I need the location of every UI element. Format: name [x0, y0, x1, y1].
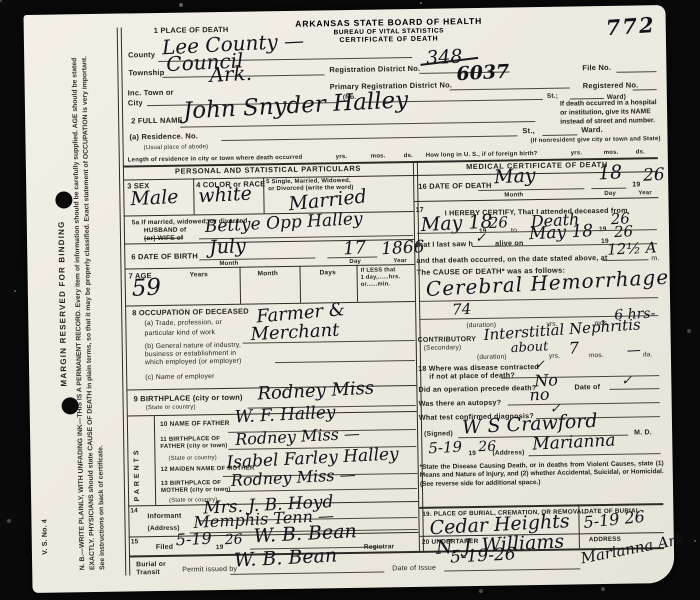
- date-of-check: ✓: [621, 374, 633, 388]
- autopsy-value: no: [529, 387, 550, 404]
- contributory-about: about: [510, 340, 548, 355]
- parents-divider: [154, 415, 156, 505]
- contributory-value: Interstitial Nephritis: [483, 317, 641, 343]
- town-label-2: City: [128, 99, 143, 108]
- father-bp-value: Rodney Miss —: [235, 426, 360, 448]
- father-state-note: (State or country): [168, 455, 216, 462]
- date-of-issue-value: 5-19-26: [450, 546, 516, 566]
- husband-label: HUSBAND of: [144, 227, 187, 235]
- us-ds: ds.: [636, 149, 645, 156]
- date-of-line: [609, 388, 659, 390]
- filed-year: 26: [224, 532, 243, 547]
- md-label: M. D.: [634, 429, 652, 437]
- filed-label: Filed: [156, 544, 173, 552]
- length-ds: ds.: [404, 153, 413, 160]
- file-no-line: [616, 71, 656, 73]
- age-month-label: Month: [258, 270, 279, 278]
- burial-or-label: Burial or: [136, 561, 166, 569]
- dod-day-line: [591, 188, 626, 190]
- filed-no: 15: [131, 538, 139, 546]
- punch-hole-bottom: [62, 397, 79, 414]
- occupation-c: (c) Name of employer: [145, 373, 214, 382]
- primary-district-line: [450, 88, 570, 91]
- filed-date: 5-19: [175, 531, 212, 549]
- birthplace-value: Rodney Miss: [257, 380, 374, 404]
- contrib-mos-value: 7: [568, 340, 579, 356]
- township-label: Township: [128, 69, 164, 78]
- death-time-value: 12½ A: [607, 240, 657, 257]
- sex-color-divider: [193, 178, 195, 214]
- signed-address-value: Marianna: [532, 432, 616, 453]
- punch-hole-top: [55, 191, 72, 208]
- primary-district-value: 6037: [456, 63, 510, 85]
- length-mos: mos.: [371, 153, 386, 160]
- age-less-2: 1 day,......hrs.: [361, 274, 401, 281]
- residence-ward-label: Ward.: [581, 126, 603, 135]
- color-value: white: [198, 185, 252, 207]
- registrar-signature: W. B. Bean: [253, 522, 357, 546]
- state-value: Ark.: [209, 63, 252, 85]
- permit-signature: W. B. Bean: [234, 546, 338, 570]
- file-no-label: File No.: [582, 64, 611, 73]
- occupation-label: 8 OCCUPATION OF DECEASED: [132, 308, 249, 318]
- form-left-border: [117, 28, 131, 576]
- registrar-label: Registrar: [364, 543, 394, 551]
- contrib-yrs: yrs.: [549, 353, 560, 361]
- operation-label: Did an operation precede death?: [418, 384, 536, 394]
- age-days-label: Days: [320, 269, 336, 277]
- residence-line: [221, 135, 517, 141]
- age-div-1: [239, 267, 241, 304]
- registered-no-label: Registered No.: [583, 81, 639, 90]
- registered-no-line: [633, 89, 657, 90]
- registration-district-label: Registration District No.: [329, 65, 420, 75]
- father-value: W. F. Halley: [234, 404, 335, 426]
- filed-year-printed: 19: [216, 544, 224, 552]
- occupation-a1: (a) Trade, profession, or: [144, 319, 222, 328]
- dob-day-value: 17: [343, 239, 367, 258]
- dod-month-line: [478, 188, 584, 191]
- informant-label: Informant: [147, 513, 181, 522]
- father-label: 10 NAME OF FATHER: [160, 420, 230, 429]
- nonresident-note: (If nonresident give city or town and St…: [530, 136, 660, 145]
- town-label-1: Inc. Town or: [128, 89, 174, 98]
- birthplace-state-note: (State or country): [146, 404, 196, 412]
- signed-date: 5-19: [428, 440, 462, 457]
- scan-noise: [0, 0, 2, 2]
- age-div-2: [299, 266, 301, 303]
- where-label-2: if not at place of death?: [429, 371, 515, 381]
- death-certificate-page: MARGIN RESERVED FOR BINDING N. B.—WRITE …: [24, 5, 675, 593]
- death-time-line: [602, 259, 648, 261]
- date-of-issue-line: [444, 568, 580, 571]
- abode-note: (Usual place of abode): [144, 144, 209, 152]
- last-saw-year: 26: [614, 224, 634, 240]
- residence-label: (a) Residence. No.: [129, 132, 198, 142]
- m-label: m.: [651, 255, 659, 263]
- dod-year-printed: 19: [632, 181, 640, 189]
- spouse-value: Bettye Opp Halley: [204, 211, 363, 236]
- full-name-label: 2 FULL NAME: [131, 117, 183, 126]
- dod-month-value: May: [494, 166, 536, 187]
- occupation-a2: particular kind of work: [144, 329, 215, 338]
- mother-bp-label-2: MOTHER (city or town): [161, 487, 231, 495]
- contrib-da-value: —: [626, 343, 641, 358]
- residence-st-line: [542, 134, 577, 136]
- parents-label: PARENTS: [133, 415, 142, 501]
- us-mos: mos.: [604, 150, 619, 157]
- full-name-line: [180, 121, 535, 128]
- dod-day-label: Day: [604, 191, 616, 198]
- age-years-label: Years: [190, 271, 208, 279]
- cause-code: 74: [452, 302, 472, 318]
- date-of-label: Date of: [574, 383, 600, 392]
- margin-instruction-note: N. B.—WRITE PLAINLY, WITH UNFADING INK—T…: [70, 50, 109, 570]
- permit-label: Permit issued by: [182, 566, 237, 575]
- age-value: 59: [131, 276, 161, 300]
- informant-no: 14: [130, 507, 138, 515]
- sex-value: Male: [130, 188, 179, 209]
- dob-label: 6 DATE OF BIRTH: [131, 252, 198, 262]
- full-name-value: John Snyder Halley: [183, 89, 409, 123]
- secondary-label: (Secondary): [424, 344, 462, 352]
- last-saw-label: that I last saw h: [416, 240, 473, 249]
- birthplace-label: 9 BIRTHPLACE (city or town): [133, 394, 242, 404]
- margin-binding-text: MARGIN RESERVED FOR BINDING: [56, 186, 68, 386]
- st-label: St.;: [547, 93, 558, 101]
- contrib-mos: mos.: [589, 352, 604, 360]
- age-div-3: [356, 265, 358, 302]
- occurred-label: and that death occurred, on the date sta…: [416, 254, 607, 265]
- alive-on-label: alive on: [495, 239, 524, 248]
- permit-line: [230, 571, 384, 574]
- signed-address-label: (Address): [492, 449, 524, 457]
- autopsy-label: Was there an autopsy?: [419, 399, 502, 409]
- cause-footnote: *State the Disease Causing Death, or in …: [420, 460, 664, 489]
- age-less-3: or......min.: [361, 281, 391, 288]
- residence-st-label: St.,: [522, 127, 535, 136]
- dod-day-value: 18: [598, 163, 623, 183]
- father-bp-label-2: FATHER (city or town): [160, 443, 227, 451]
- burial-date-value: 5-19 26: [583, 509, 646, 531]
- signed-year-printed: 19: [468, 450, 476, 458]
- dob-month-value: July: [209, 237, 247, 258]
- length-yrs: yrs.: [336, 154, 348, 161]
- mother-bp-value: Rodney Miss —: [230, 467, 355, 489]
- county-label: County: [128, 51, 155, 60]
- us-yrs: yrs.: [571, 150, 583, 157]
- dod-year-value: 26: [643, 167, 665, 185]
- contrib-duration-label: (duration): [477, 354, 507, 362]
- last-saw-check: ✓: [475, 232, 487, 246]
- form-number: V. S. No. 4: [41, 485, 50, 555]
- occupation-b-line: [275, 360, 415, 363]
- hospital-note: If death occurred in a hospital or insti…: [560, 99, 664, 127]
- wife-label: (or) WIFE of: [144, 235, 183, 243]
- dod-rule: [414, 197, 658, 202]
- last-saw-value: May 18: [529, 223, 594, 243]
- date-of-issue-label: Date of Issue: [392, 565, 436, 574]
- transit-label: Transit: [136, 569, 160, 577]
- where-line: [501, 375, 659, 378]
- attended-from-year: 26: [488, 215, 508, 231]
- certificate-number: 772: [605, 14, 656, 38]
- contrib-da: da.: [643, 351, 653, 359]
- occupation-b3: which employed (or employer): [145, 358, 242, 367]
